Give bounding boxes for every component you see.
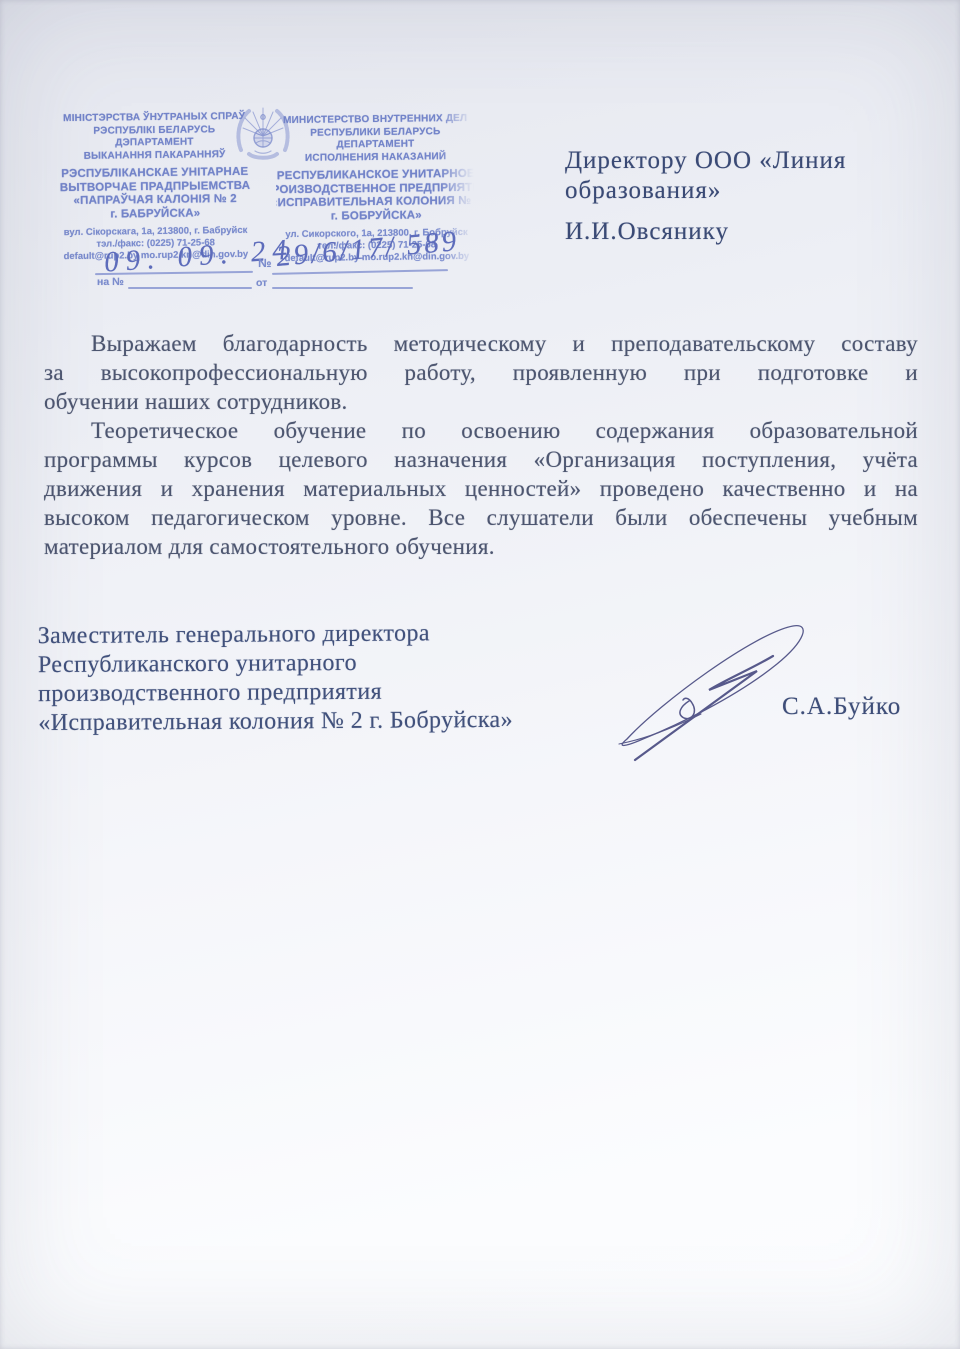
reply-date-underline — [272, 287, 413, 289]
body-line: за высокопрофессиональную работу, проявл… — [44, 358, 918, 387]
letterhead-line: «ПАПРАЎЧАЯ КАЛОНІЯ № 2 — [60, 193, 251, 209]
handwritten-signature — [605, 608, 845, 763]
body-line: материалом для самостоятельного обучения… — [44, 532, 918, 561]
letter-body: Выражаем благодарность методическому и п… — [44, 329, 918, 561]
addressee-line: Директору ООО «Линия — [565, 146, 905, 176]
letterhead-line: г. БАБРУЙСКА» — [60, 206, 251, 222]
signoff-line: Республиканского унитарного — [38, 647, 638, 680]
ministry-name-ru: МИНИСТЕРСТВО ВНУТРЕННИХ ДЕЛ РЕСПУБЛИКИ Б… — [283, 113, 468, 165]
body-line: движения и хранения материальных ценност… — [44, 474, 918, 503]
body-line: Выражаем благодарность методическому и п… — [44, 329, 918, 358]
signoff-line: производственного предприятия — [38, 676, 638, 709]
reply-number-underline — [128, 287, 252, 289]
letterhead-line: ВЫКАНАННЯ ПАКАРАННЯЎ — [64, 148, 246, 163]
organization-name-by: РЭСПУБЛІКАНСКАЕ УНІТАРНАЕ ВЫТВОРЧАЕ ПРАД… — [60, 166, 251, 222]
scanned-letter-sheet: МІНІСТЭРСТВА ЎНУТРАНЫХ СПРАЎ РЭСПУБЛІКІ … — [0, 0, 960, 1349]
letterhead-line: ИСПОЛНЕНИЯ НАКАЗАНИЙ — [283, 150, 467, 165]
signoff-line: «Исправительная колония № 2 г. Бобруйска… — [38, 705, 638, 738]
body-line: обучении наших сотрудников. — [44, 387, 918, 416]
signoff-line: Заместитель генерального директора — [38, 618, 638, 651]
letterhead-line: г. БОБРУЙСКА» — [264, 208, 490, 224]
ministry-name-by: МІНІСТЭРСТВА ЎНУТРАНЫХ СПРАЎ РЭСПУБЛІКІ … — [63, 111, 246, 163]
reply-to-label: на № — [97, 276, 124, 288]
addressee-line: образования» — [565, 176, 905, 206]
signatory-name: С.А.Буйко — [782, 693, 901, 721]
addressee-block: Директору ООО «Линия образования» И.И.Ов… — [565, 146, 905, 247]
number-sign-label: № — [258, 256, 271, 270]
body-line: программы курсов целевого назначения «Ор… — [44, 445, 918, 474]
organization-name-ru: РЕСПУБЛИКАНСКОЕ УНИТАРНОЕ ПРОИЗВОДСТВЕНН… — [263, 168, 489, 225]
addressee-name: И.И.Овсянику — [565, 217, 905, 247]
letterhead-line: МІНІСТЭРСТВА ЎНУТРАНЫХ СПРАЎ — [63, 111, 245, 126]
letterhead-line: РЕСПУБЛИКИ БЕЛАРУСЬ — [283, 125, 467, 140]
address-line: вул. Сікорскага, 1а, 213800, г. Бабруйск — [63, 225, 248, 239]
letterhead-line: «ИСПРАВИТЕЛЬНАЯ КОЛОНИЯ № 2 — [263, 195, 489, 211]
body-line: высоком педагогическом уровне. Все слуша… — [44, 503, 918, 532]
reply-from-label: от — [256, 277, 267, 289]
body-line: Теоретическое обучение по освоению содер… — [44, 416, 918, 445]
signoff-position-block: Заместитель генерального директора Респу… — [38, 618, 639, 738]
